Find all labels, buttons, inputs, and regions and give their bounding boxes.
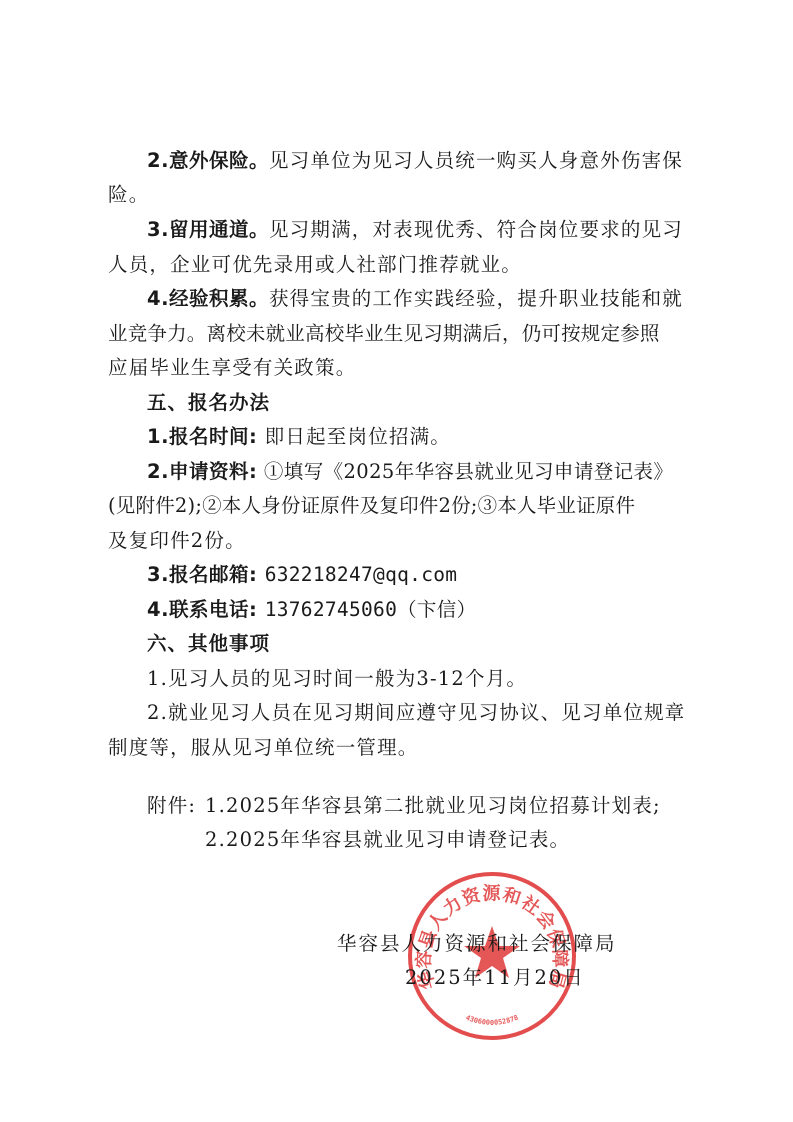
other-item-2: 2.就业见习人员在见习期间应遵守见习协议、见习单位规章 [147, 701, 686, 725]
paragraph-continuation: 业竞争力。离校未就业高校毕业生见习期满后，仍可按规定参照 [108, 322, 660, 346]
section-heading-registration: 五、报名办法 [147, 391, 270, 415]
paragraph-label: 3.留用通道。 [147, 218, 269, 241]
paragraph-retention-channel: 3.留用通道。见习期满，对表现优秀、符合岗位要求的见习 [147, 218, 683, 242]
registration-time: 1.报名时间: 即日起至岗位招满。 [147, 425, 451, 449]
item-label: 4.联系电话: [147, 598, 257, 621]
email-link[interactable]: 632218247@qq.com [265, 563, 458, 586]
paragraph-text: 见习期满，对表现优秀、符合岗位要求的见习 [269, 218, 683, 241]
other-item-1: 1.见习人员的见习时间一般为3-12个月。 [147, 667, 527, 691]
svg-text:4306000052878: 4306000052878 [465, 1014, 520, 1027]
paragraph-accident-insurance: 2.意外保险。见习单位为见习人员统一购买人身意外伤害保 [147, 149, 683, 173]
item-text: 即日起至岗位招满。 [265, 425, 451, 448]
section-heading-other-matters: 六、其他事项 [147, 632, 270, 656]
paragraph-continuation: 应届毕业生享受有关政策。 [108, 356, 356, 380]
item-continuation: 制度等，服从见习单位统一管理。 [108, 736, 419, 760]
paragraph-text: 见习单位为见习人员统一购买人身意外伤害保 [269, 149, 683, 172]
issue-date: 2025年11月20日 [405, 966, 585, 990]
issuing-organization: 华容县人力资源和社会保障局 [337, 932, 617, 956]
item-label: 1.报名时间: [147, 425, 257, 448]
contact-phone: 4.联系电话: 13762745060（卞信） [147, 598, 476, 622]
item-continuation: 及复印件2份。 [108, 529, 246, 553]
document-page: 2.意外保险。见习单位为见习人员统一购买人身意外伤害保 险。 3.留用通道。见习… [0, 0, 793, 1122]
paragraph-continuation: 险。 [108, 183, 149, 207]
attachment-item-2: 2.2025年华容县就业见习申请登记表。 [205, 828, 570, 852]
official-seal-icon: 华容县人力资源和社会保障局 4306000052878 [406, 870, 578, 1042]
application-materials: 2.申请资料: ①填写《2025年华容县就业见习申请登记表》 [147, 460, 673, 484]
item-label: 3.报名邮箱: [147, 563, 257, 586]
attachment-item-1: 1.2025年华容县第二批就业见习岗位招募计划表; [205, 794, 661, 818]
paragraph-label: 4.经验积累。 [147, 287, 269, 310]
paragraph-continuation: 人员，企业可优先录用或人社部门推荐就业。 [108, 253, 522, 277]
item-continuation: (见附件2);②本人身份证原件及复印件2份;③本人毕业证原件 [108, 494, 635, 518]
paragraph-label: 2.意外保险。 [147, 149, 269, 172]
item-label: 2.申请资料: [147, 460, 257, 483]
phone-number: 13762745060（卞信） [265, 598, 477, 621]
item-text: ①填写《2025年华容县就业见习申请登记表》 [264, 460, 673, 483]
registration-email: 3.报名邮箱: 632218247@qq.com [147, 563, 457, 587]
paragraph-text: 获得宝贵的工作实践经验，提升职业技能和就 [269, 287, 683, 310]
paragraph-experience: 4.经验积累。获得宝贵的工作实践经验，提升职业技能和就 [147, 287, 683, 311]
attachments-label: 附件: [147, 794, 196, 818]
